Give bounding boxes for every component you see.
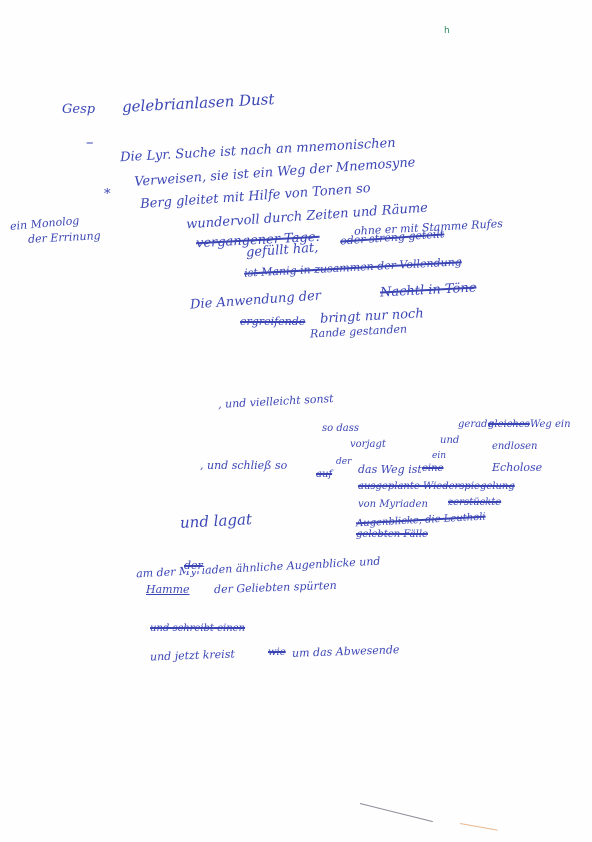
struck-text: ist Manig in zusammen der Vollendung — [244, 256, 462, 278]
struck-text: ausgeplante Wiederspiegelung — [358, 482, 515, 492]
main-line-6: Die Anwendung der — [190, 289, 322, 311]
main-line-6b: bringt nur noch — [320, 307, 424, 325]
struck-text: Augenblicke, die Leutholi — [356, 513, 486, 530]
fourth-line-end: um das Abwesende — [292, 644, 400, 659]
right-col-row-3-end: Echolose — [492, 462, 542, 473]
second-line-1: , und vielleicht sonst — [218, 393, 334, 410]
right-col-above-2-tail: Weg ein — [530, 420, 571, 430]
stray-pen-mark — [460, 823, 498, 831]
asterisk-mark: * — [104, 188, 111, 201]
right-col-row-5: von Myriaden — [358, 500, 428, 510]
third-line-2: der Geliebten spürten — [214, 580, 337, 595]
struck-text: ergreifende — [240, 316, 305, 327]
corner-mark: h — [444, 26, 450, 36]
insert-der: der — [336, 458, 351, 467]
struck-text: auf — [316, 470, 332, 480]
main-line-5: gefüllt hat, — [246, 241, 319, 259]
stray-pen-mark — [360, 803, 433, 822]
third-line-1: am der Myriaden ähnliche Augenblicke und — [136, 556, 381, 580]
right-col-above-1: so dass — [322, 424, 359, 434]
struck-text: gleiches — [488, 420, 530, 430]
second-line-2: , und schließ so — [200, 460, 287, 471]
dash-mark: – — [86, 135, 94, 150]
margin-note-line-2: der Errinung — [28, 230, 101, 245]
struck-text: und schreibt einen — [150, 624, 245, 634]
margin-note-line-1: ein Monolog — [10, 215, 80, 232]
main-line-7: Rande gestanden — [310, 323, 408, 339]
second-line-3: und lagat — [180, 512, 253, 531]
right-col-row-2b: und — [440, 436, 459, 446]
right-col-row-3: das Weg ist — [358, 464, 422, 475]
struck-text: eine — [422, 464, 443, 474]
struck-text: wie — [268, 648, 286, 658]
struck-text: gelebten Fälle — [356, 530, 428, 540]
right-col-row-2a: vorjagt — [350, 440, 386, 450]
fourth-line: und jetzt kreist — [150, 649, 235, 663]
manuscript-page: h Gesp gelebrianlasen Dust – Die Lyr. Su… — [0, 0, 592, 842]
struck-text: Hamme — [146, 584, 190, 595]
struck-text: der — [184, 560, 203, 571]
struck-text: zerstückte — [448, 498, 501, 508]
right-col-row-2c: endlosen — [492, 442, 537, 452]
struck-text: Nachtl in Töne — [380, 281, 477, 299]
heading-word-1: Gesp — [62, 103, 95, 116]
insert-ein: ein — [432, 452, 446, 461]
heading-title: gelebrianlasen Dust — [122, 92, 275, 115]
